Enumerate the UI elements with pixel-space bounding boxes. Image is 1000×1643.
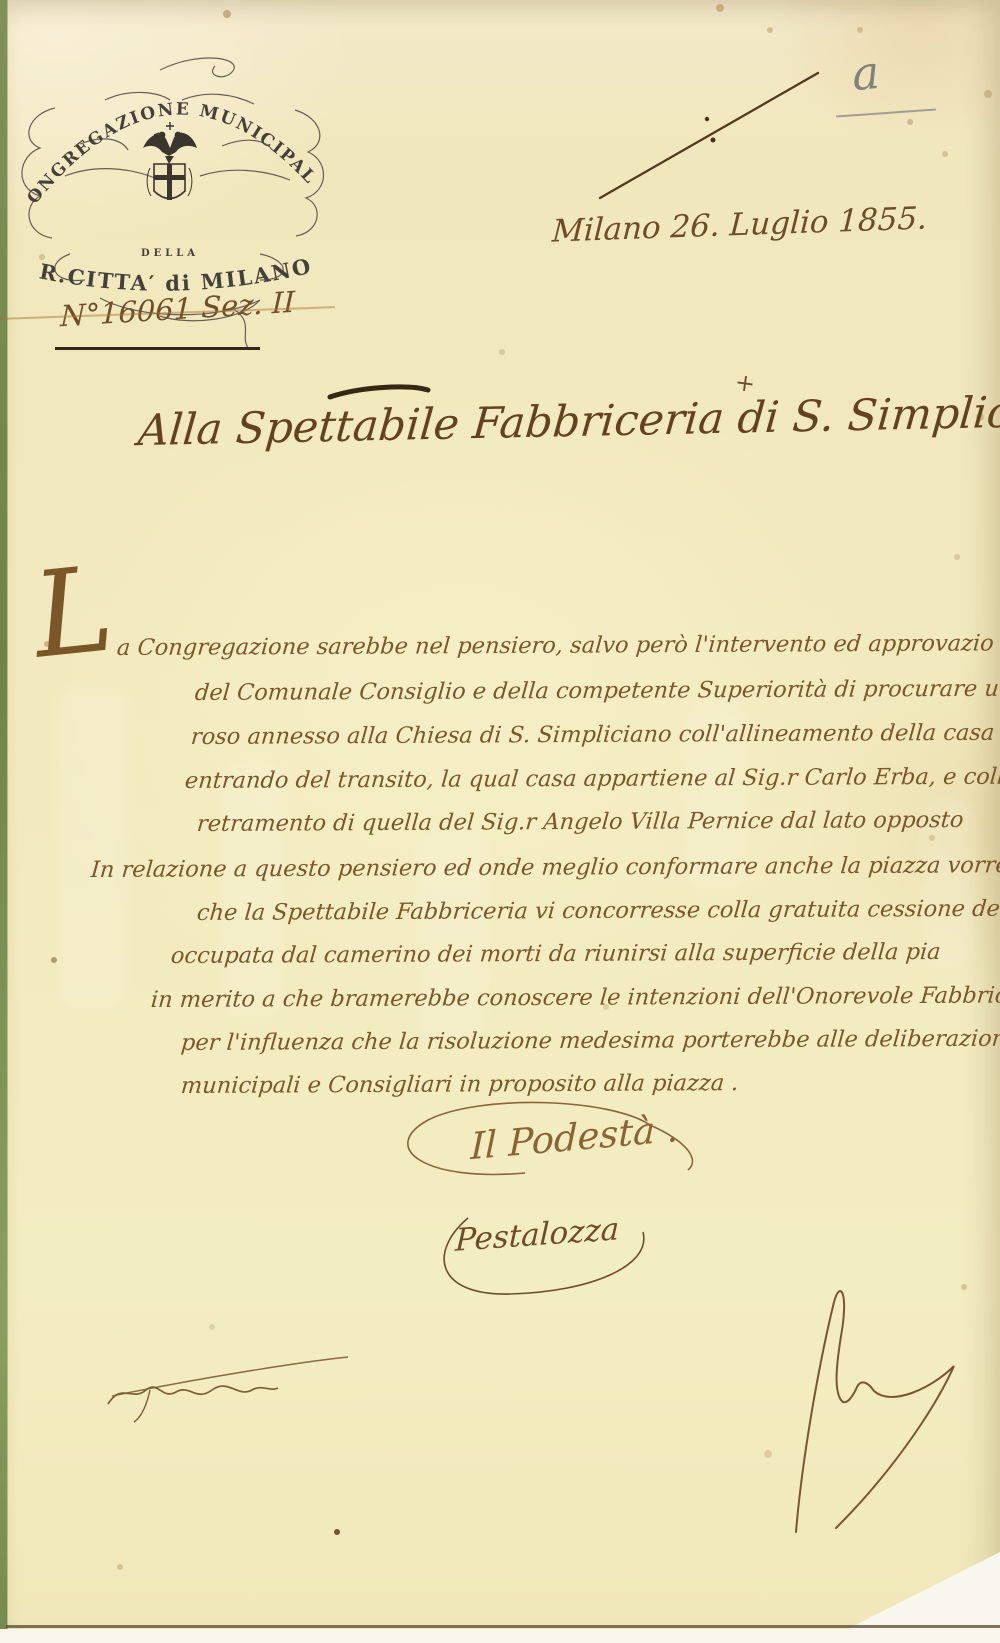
scanned-letter-page: CONGREGAZIONE MUNICIPALE DELLA R.CITTA′ … — [0, 0, 1000, 1643]
closing-role: Il Podestà . — [470, 1109, 679, 1168]
salutation: Alla Spettabile Fabbriceria di S. Simpli… — [136, 388, 1000, 456]
letterhead-della-text: DELLA — [141, 248, 199, 259]
body-line-9: in merito a che bramerebbe conoscere le … — [150, 983, 1000, 1012]
illegible-countersignature-scribble — [108, 1357, 348, 1422]
body-line-2: del Comunale Consiglio e della competent… — [194, 677, 1000, 706]
dateline: Milano 26. Luglio 1855. — [551, 201, 928, 248]
foxing-spots — [0, 0, 4, 4]
body-line-8: occupata dal camerino dei morti da riuni… — [170, 940, 942, 969]
pencil-underline — [836, 109, 936, 118]
body-line-6: In relazione a questo pensiero ed onde m… — [90, 853, 1000, 883]
body-line-11: municipali e Consigliari in proposito al… — [180, 1071, 740, 1099]
pencil-letter-annotation: a — [850, 47, 882, 100]
faint-watermark-patch — [222, 760, 284, 1020]
paraph-flourish — [796, 1291, 954, 1532]
scan-bottom-strip — [0, 1629, 1000, 1643]
faint-watermark-patch — [58, 690, 128, 1010]
salutation-f-crossbar — [330, 387, 428, 397]
body-line-3: roso annesso alla Chiesa di S. Simplicia… — [190, 720, 1000, 749]
body-line-10: per l'influenza che la risoluzione medes… — [180, 1027, 1000, 1056]
body-line-1: a Congregazione sarebbe nel pensiero, sa… — [116, 631, 995, 660]
drop-cap: L — [27, 544, 118, 681]
double-headed-eagle-icon — [143, 122, 197, 164]
paper-left-edge-line — [7, 0, 8, 1643]
body-line-5: retramento di quella del Sig.r Angelo Vi… — [196, 808, 964, 837]
signature-name: Pestalozza — [455, 1212, 620, 1258]
diagonal-slash-mark — [600, 73, 818, 198]
reference-underline — [55, 347, 260, 350]
body-line-7: che la Spettabile Fabbriceria vi concorr… — [196, 896, 1000, 925]
cross-mark: + — [733, 369, 757, 398]
paper-bottom-edge — [6, 1625, 1000, 1628]
scan-left-edge — [0, 0, 7, 1643]
milan-cross-shield-icon — [147, 164, 192, 200]
body-line-4: entrando del transito, la qual casa appa… — [184, 765, 1000, 794]
